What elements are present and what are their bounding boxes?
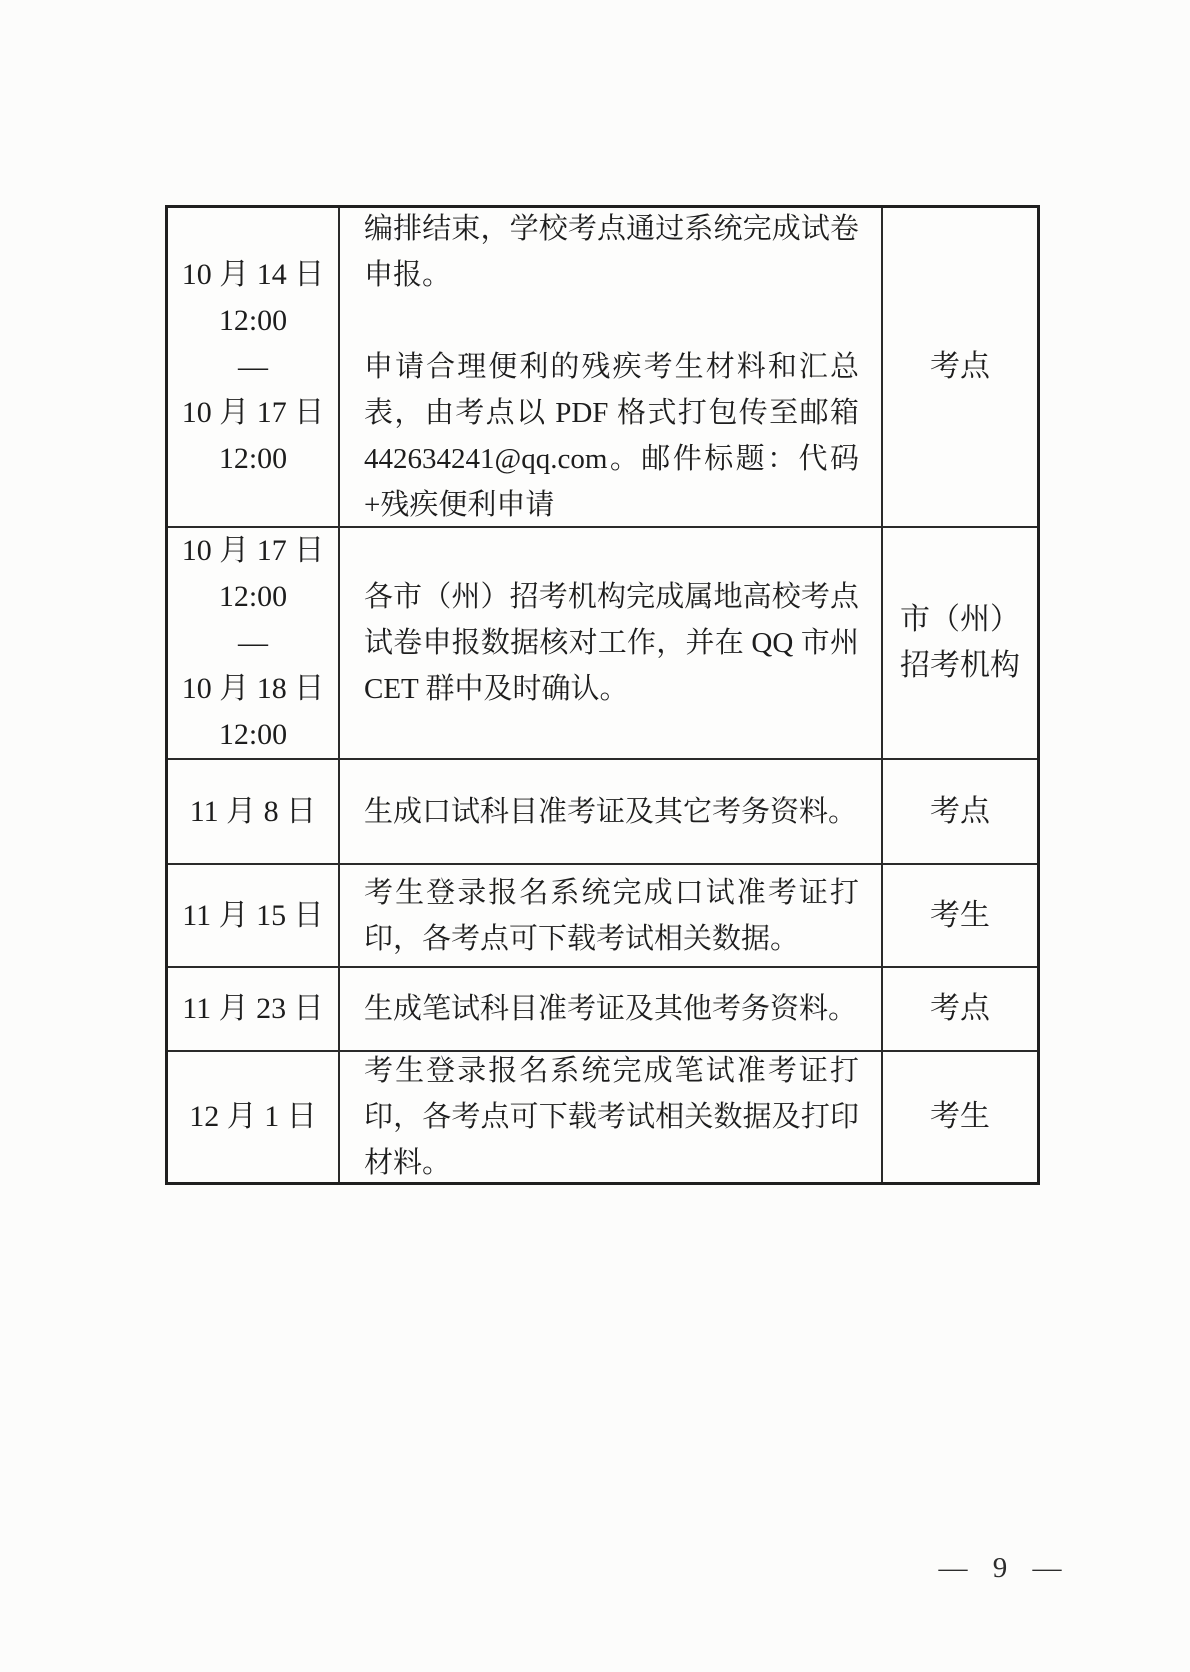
date-line: 10 月 18 日 bbox=[182, 666, 325, 712]
page-number: — 9 — bbox=[895, 1552, 1105, 1585]
owner-cell-row4: 考生 bbox=[883, 865, 1037, 968]
task-paragraph: 编排结束，学校考点通过系统完成试卷申报。 bbox=[364, 206, 859, 298]
date-line: 11 月 8 日 bbox=[190, 789, 316, 835]
owner-cell-row6: 考生 bbox=[883, 1052, 1037, 1182]
date-cell-row6: 12 月 1 日 bbox=[168, 1052, 340, 1182]
date-line: 12:00 bbox=[219, 712, 287, 758]
date-line: 12:00 bbox=[219, 574, 287, 620]
date-cell-row4: 11 月 15 日 bbox=[168, 865, 340, 968]
owner-line: 考生 bbox=[930, 893, 990, 939]
date-line: 12:00 bbox=[219, 436, 287, 482]
owner-cell-row2: 市（州） 招考机构 bbox=[883, 528, 1037, 760]
document-page: 10 月 14 日 12:00 — 10 月 17 日 12:00 编排结束，学… bbox=[0, 0, 1190, 1672]
date-line: 10 月 17 日 bbox=[182, 390, 325, 436]
owner-line: 市（州） bbox=[900, 597, 1020, 643]
date-range-dash: — bbox=[238, 620, 268, 666]
task-paragraph: 申请合理便利的残疾考生材料和汇总表，由考点以 PDF 格式打包传至邮箱 4426… bbox=[364, 344, 859, 528]
owner-line: 招考机构 bbox=[900, 643, 1020, 689]
task-cell-row3: 生成口试科目准考证及其它考务资料。 bbox=[340, 760, 883, 865]
date-line: 11 月 23 日 bbox=[182, 986, 323, 1032]
date-cell-row1: 10 月 14 日 12:00 — 10 月 17 日 12:00 bbox=[168, 208, 340, 528]
owner-cell-row3: 考点 bbox=[883, 760, 1037, 865]
date-range-dash: — bbox=[238, 344, 268, 390]
date-line: 10 月 14 日 bbox=[182, 252, 325, 298]
owner-line: 考点 bbox=[930, 986, 990, 1032]
owner-line: 考点 bbox=[930, 344, 990, 390]
task-cell-row4: 考生登录报名系统完成口试准考证打印，各考点可下载考试相关数据。 bbox=[340, 865, 883, 968]
date-cell-row5: 11 月 23 日 bbox=[168, 968, 340, 1052]
task-cell-row2: 各市（州）招考机构完成属地高校考点试卷申报数据核对工作，并在 QQ 市州 CET… bbox=[340, 528, 883, 760]
owner-line: 考点 bbox=[930, 789, 990, 835]
schedule-table: 10 月 14 日 12:00 — 10 月 17 日 12:00 编排结束，学… bbox=[165, 205, 1040, 1185]
owner-line: 考生 bbox=[930, 1094, 990, 1140]
task-paragraph: 考生登录报名系统完成笔试准考证打印，各考点可下载考试相关数据及打印材料。 bbox=[364, 1048, 859, 1186]
task-paragraph: 生成笔试科目准考证及其他考务资料。 bbox=[364, 986, 859, 1032]
task-cell-row6: 考生登录报名系统完成笔试准考证打印，各考点可下载考试相关数据及打印材料。 bbox=[340, 1052, 883, 1182]
owner-cell-row1: 考点 bbox=[883, 208, 1037, 528]
date-line: 12:00 bbox=[219, 298, 287, 344]
task-paragraph: 考生登录报名系统完成口试准考证打印，各考点可下载考试相关数据。 bbox=[364, 870, 859, 962]
date-cell-row3: 11 月 8 日 bbox=[168, 760, 340, 865]
date-line: 11 月 15 日 bbox=[182, 893, 323, 939]
date-cell-row2: 10 月 17 日 12:00 — 10 月 18 日 12:00 bbox=[168, 528, 340, 760]
date-line: 10 月 17 日 bbox=[182, 528, 325, 574]
date-line: 12 月 1 日 bbox=[189, 1094, 317, 1140]
task-paragraph: 各市（州）招考机构完成属地高校考点试卷申报数据核对工作，并在 QQ 市州 CET… bbox=[364, 574, 859, 712]
task-paragraph: 生成口试科目准考证及其它考务资料。 bbox=[364, 789, 859, 835]
task-cell-row5: 生成笔试科目准考证及其他考务资料。 bbox=[340, 968, 883, 1052]
owner-cell-row5: 考点 bbox=[883, 968, 1037, 1052]
task-cell-row1: 编排结束，学校考点通过系统完成试卷申报。 申请合理便利的残疾考生材料和汇总表，由… bbox=[340, 208, 883, 528]
